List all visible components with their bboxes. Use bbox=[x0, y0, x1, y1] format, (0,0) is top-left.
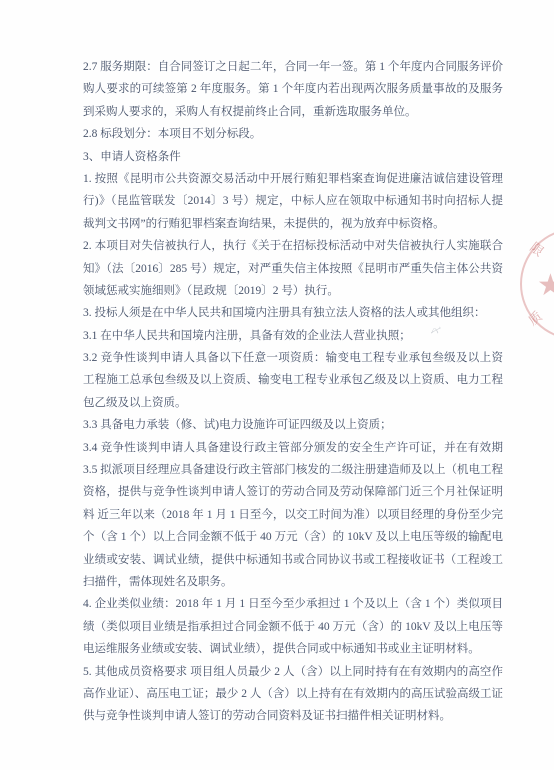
text-line: 个（含 1 个）以上合同金额不低于 40 万元（含）的 10kV 及以上电压等级… bbox=[83, 526, 503, 548]
text-line: 行)》（昆监管联发〔2014〕3 号）规定，中标人应在领取中标通知书时向招标人提… bbox=[83, 190, 503, 212]
text-line: 工程施工总承包叁级及以上资质、输变电工程专业承包乙级及以上资质、电力工程施工总承 bbox=[83, 369, 503, 391]
text-line: 领域惩戒实施细则》（昆政规〔2019〕2 号）执行。 bbox=[83, 280, 503, 302]
text-line: 资格，提供与竞争性谈判申请人签订的劳动合同及劳动保障部门近三个月社保证明相关资 bbox=[83, 481, 503, 503]
text-line: 供与竞争性谈判申请人签订的劳动合同资料及证书扫描件相关证明材料。 bbox=[83, 705, 503, 727]
text-line: 1. 按照《昆明市公共资源交易活动中开展行贿犯罪档案查询促进廉洁诚信建设管理规定… bbox=[83, 168, 503, 190]
text-line: 3.2 竞争性谈判申请人具备以下任意一项资质：输变电工程专业承包叁级及以上资质、… bbox=[83, 347, 503, 369]
text-line: 3. 投标人须是在中华人民共和国境内注册具有独立法人资格的法人或其他组织： bbox=[83, 302, 503, 324]
text-line: 高作业证）、高压电工证；最少 2 人（含）以上持有在有效期内的高压试验高级工证书… bbox=[83, 683, 503, 705]
red-seal-star-icon: ★ bbox=[537, 268, 554, 303]
text-line: 裁判文书网”的行贿犯罪档案查询结果，未提供的，视为放弃中标资格。 bbox=[83, 213, 503, 235]
text-line: 到采购人要求的，采购人有权提前终止合同，重新选取服务单位。 bbox=[83, 101, 503, 123]
text-line: 3.3 具备电力承装（修、试)电力设施许可证四级及以上资质； bbox=[83, 414, 503, 436]
text-line: 绩（类似项目业绩是指承担过合同金额不低于 40 万元（含）的 10kV 及以上电… bbox=[83, 616, 503, 638]
text-line: 知》（法〔2016〕285 号）规定，对严重失信主体按照《昆明市严重失信主体公共… bbox=[83, 258, 503, 280]
text-line: 3、申请人资格条件 bbox=[83, 146, 503, 168]
document-body: 2.7 服务期限：自合同签订之日起二年，合同一年一签。第 1 个年度内合同服务评… bbox=[83, 56, 503, 728]
text-line: 3.5 拟派项目经理应具备建设行政主管部门核发的二级注册建造师及以上（机电工程专… bbox=[83, 459, 503, 481]
text-line: 扫描件，需体现姓名及职务。 bbox=[83, 571, 503, 593]
text-line: 购人要求的可续签第 2 年度服务。第 1 个年度内若出现两次服务质量事故的及服务… bbox=[83, 78, 503, 100]
text-line: 包乙级及以上资质。 bbox=[83, 392, 503, 414]
scanned-document-page: 2.7 服务期限：自合同签订之日起二年，合同一年一签。第 1 个年度内合同服务评… bbox=[0, 0, 554, 770]
text-line: 业绩或安装、调试业绩，提供中标通知书或合同协议书或工程接收证书（工程竣工验收证书… bbox=[83, 549, 503, 571]
text-line: 3.4 竞争性谈判申请人具备建设行政主管部分颁发的安全生产许可证，并在有效期内； bbox=[83, 437, 503, 459]
text-line: 5. 其他成员资格要求 项目组人员最少 2 人（含）以上同时持有在有效期内的高空… bbox=[83, 661, 503, 683]
text-line: 2.8 标段划分：本项目不划分标段。 bbox=[83, 123, 503, 145]
text-line: 电运维服务业绩或安装、调试业绩），提供合同或中标通知书或业主证明材料。 bbox=[83, 638, 503, 660]
text-line: 料 近三年以来（2018 年 1 月 1 日至今，以交工时间为准）以项目经理的身… bbox=[83, 504, 503, 526]
text-line: 2. 本项目对失信被执行人，执行《关于在招标投标活动中对失信被执行人实施联合惩戒… bbox=[83, 235, 503, 257]
text-line: 2.7 服务期限：自合同签订之日起二年，合同一年一签。第 1 个年度内合同服务评… bbox=[83, 56, 503, 78]
text-line: 4. 企业类似业绩：2018 年 1 月 1 日至今至少承担过 1 个及以上（含… bbox=[83, 593, 503, 615]
